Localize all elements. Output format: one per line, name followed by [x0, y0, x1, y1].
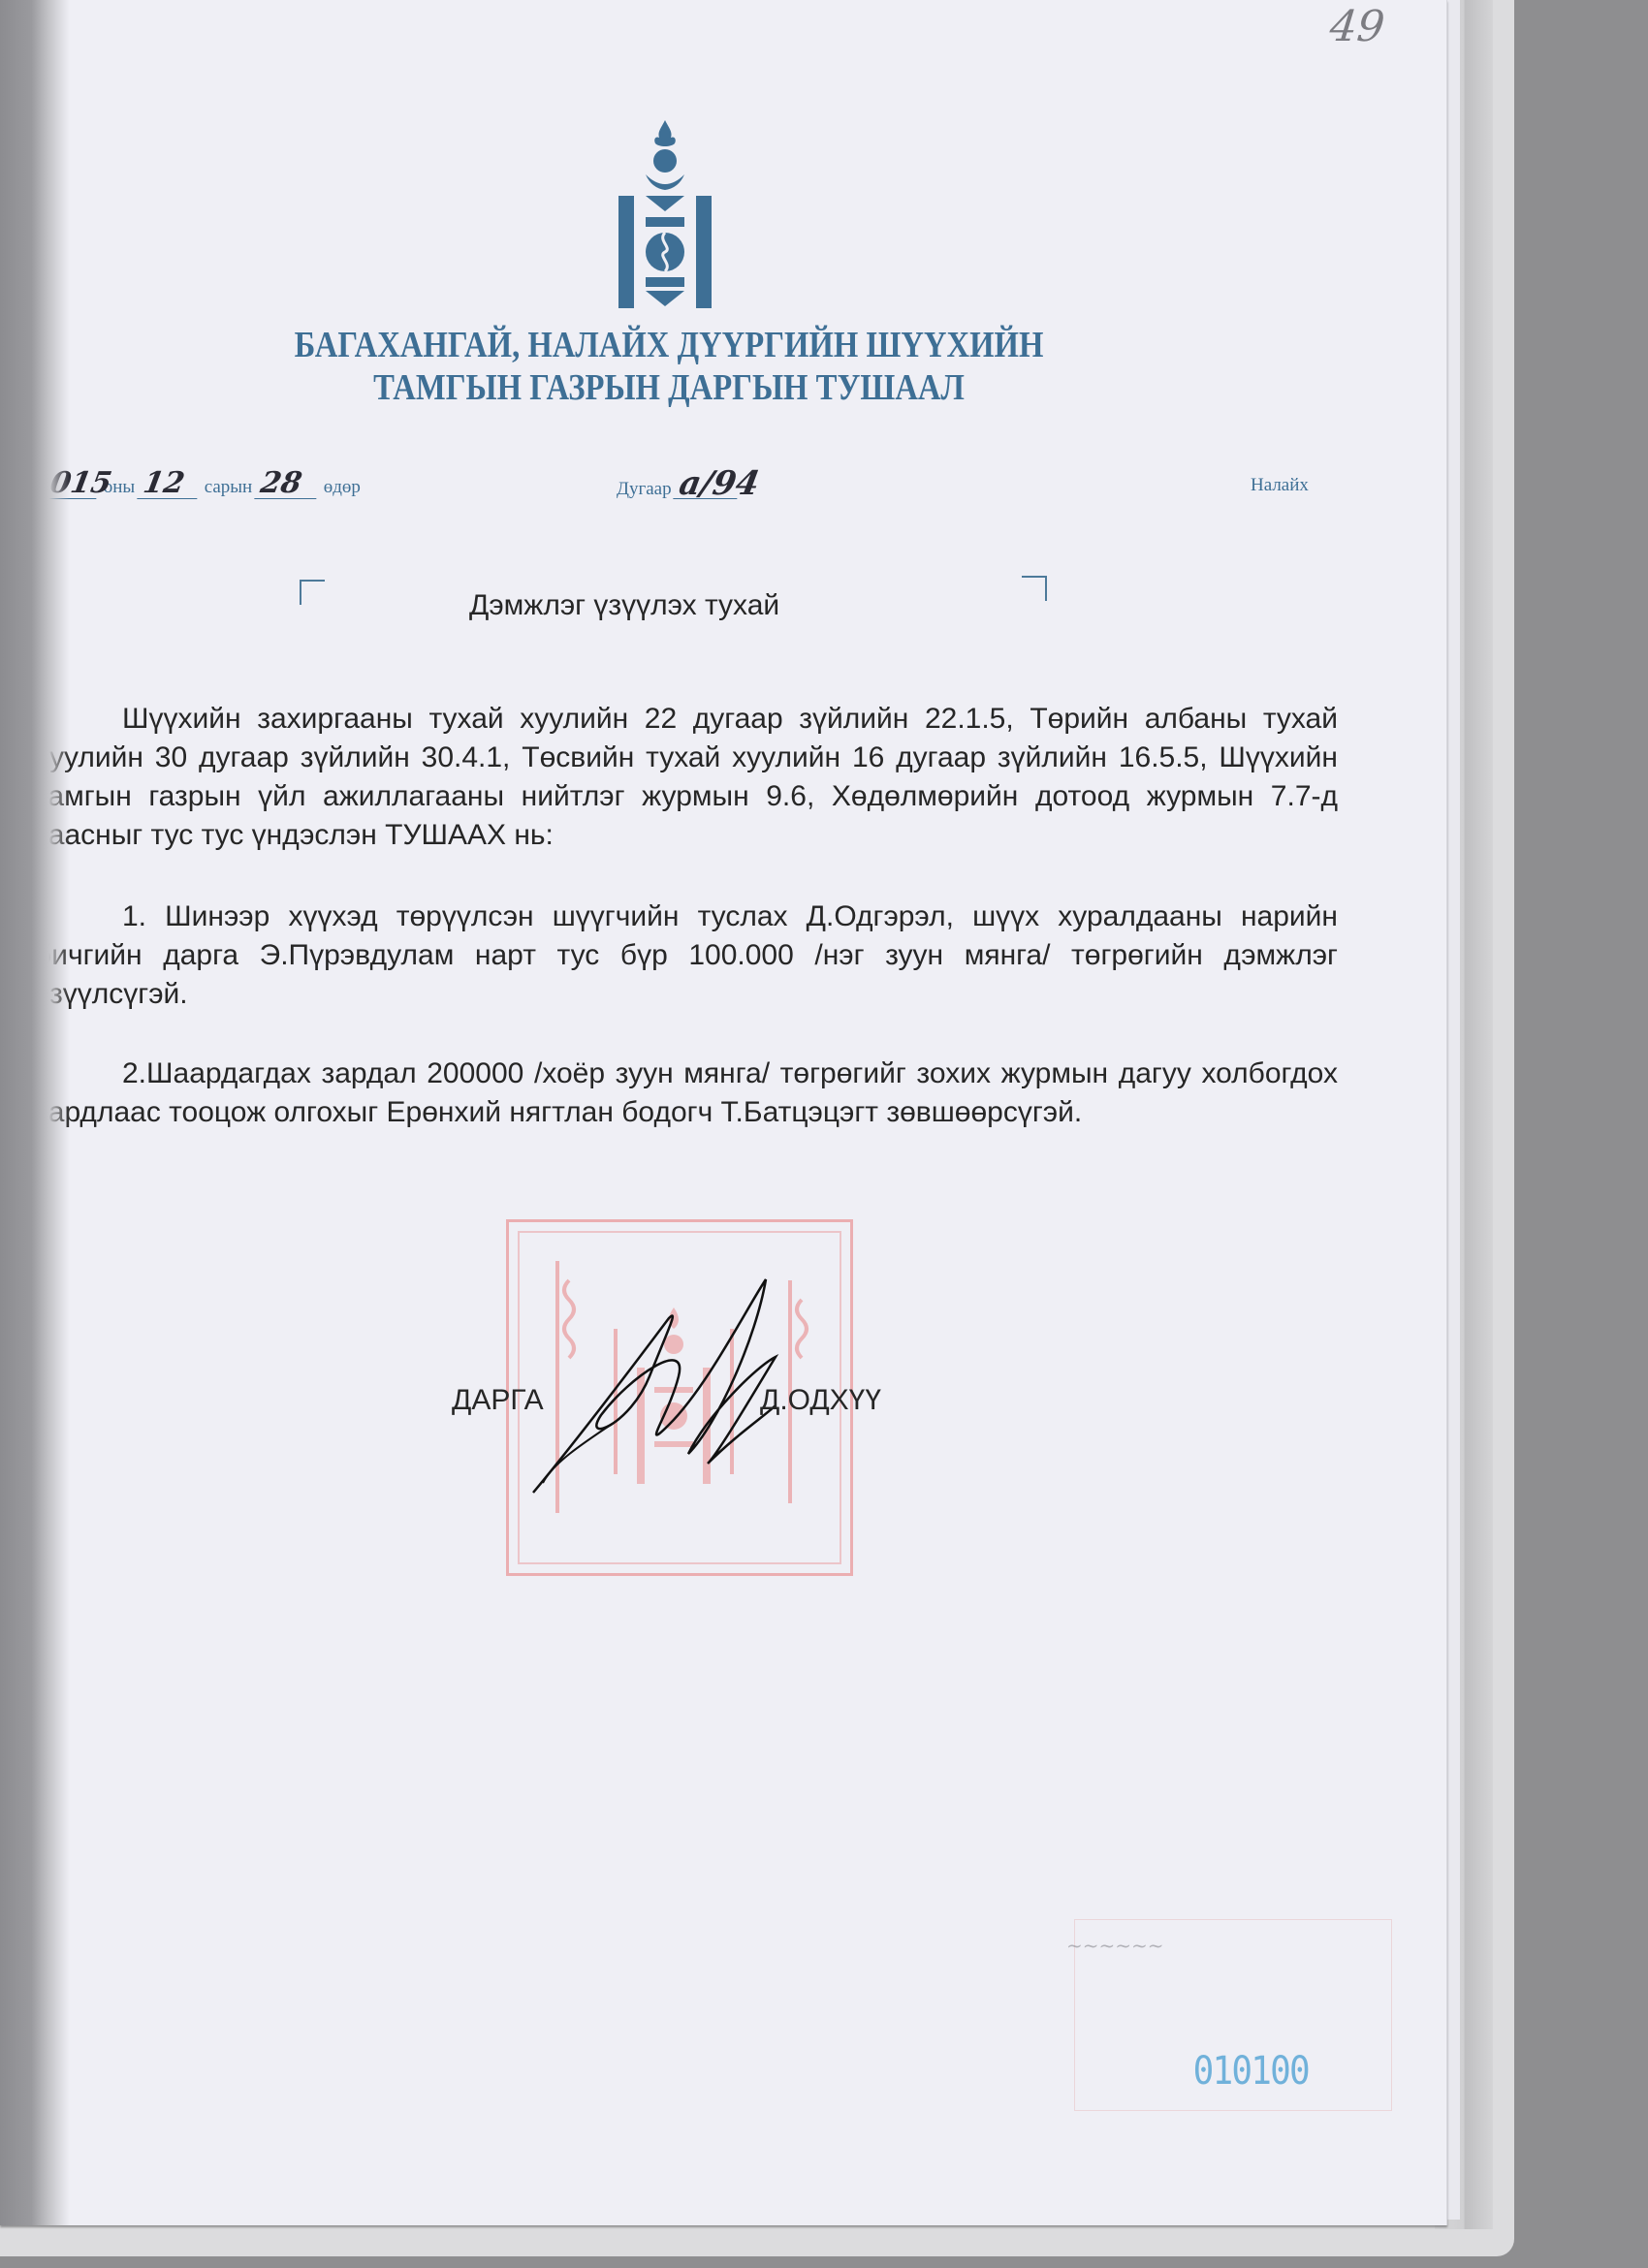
signatory-title: ДАРГА: [452, 1384, 544, 1417]
legal-basis-paragraph: Шүүхийн захиргааны тухай хуулийн 22 дуга…: [35, 700, 1338, 855]
order-number-label: Дугаар: [617, 479, 672, 499]
handwritten-page-number: 49: [1327, 2, 1386, 51]
order-date: 015 оны 12 сарын 28 өдөр: [47, 469, 361, 499]
date-year-handwritten: 015: [44, 469, 101, 499]
soyombo-emblem-icon: [618, 118, 712, 308]
date-day-handwritten: 28: [254, 469, 321, 499]
org-title-line-1: БАГАХАНГАЙ, НАЛАЙХ ДҮҮРГИЙН ШҮҮХИЙН: [94, 324, 1245, 366]
order-subject: Дэмжлэг үзүүлэх тухай: [469, 589, 779, 622]
signatory-name: Д.ОДХҮҮ: [760, 1384, 881, 1417]
date-month-handwritten: 12: [137, 469, 202, 499]
order-location: Налайх: [1251, 475, 1309, 496]
date-day-label: өдөр: [324, 477, 361, 497]
subject-bracket-left: [300, 580, 325, 605]
date-month-label: сарын: [205, 477, 253, 497]
order-number-handwritten: а/94: [674, 469, 743, 499]
order-number: Дугаар а/94: [617, 469, 740, 500]
registration-number: 010100: [1193, 2049, 1309, 2094]
document-page: 49 БАГАХАНГАЙ, НАЛАЙХ ДҮҮРГИЙН ШҮҮХИЙН Т…: [0, 0, 1447, 2225]
org-title-line-2: ТАМГЫН ГАЗРЫН ДАРГЫН ТУШААЛ: [94, 366, 1245, 409]
registration-stamp-handwriting: ~~~~~~: [1066, 1934, 1164, 1957]
order-item-1: 1. Шинээр хүүхэд төрүүлсэн шүүгчийн тусл…: [35, 898, 1338, 1014]
order-item-2: 2.Шаардагдах зардал 200000 /хоёр зуун мя…: [35, 1055, 1338, 1132]
subject-bracket-right: [1022, 576, 1047, 601]
